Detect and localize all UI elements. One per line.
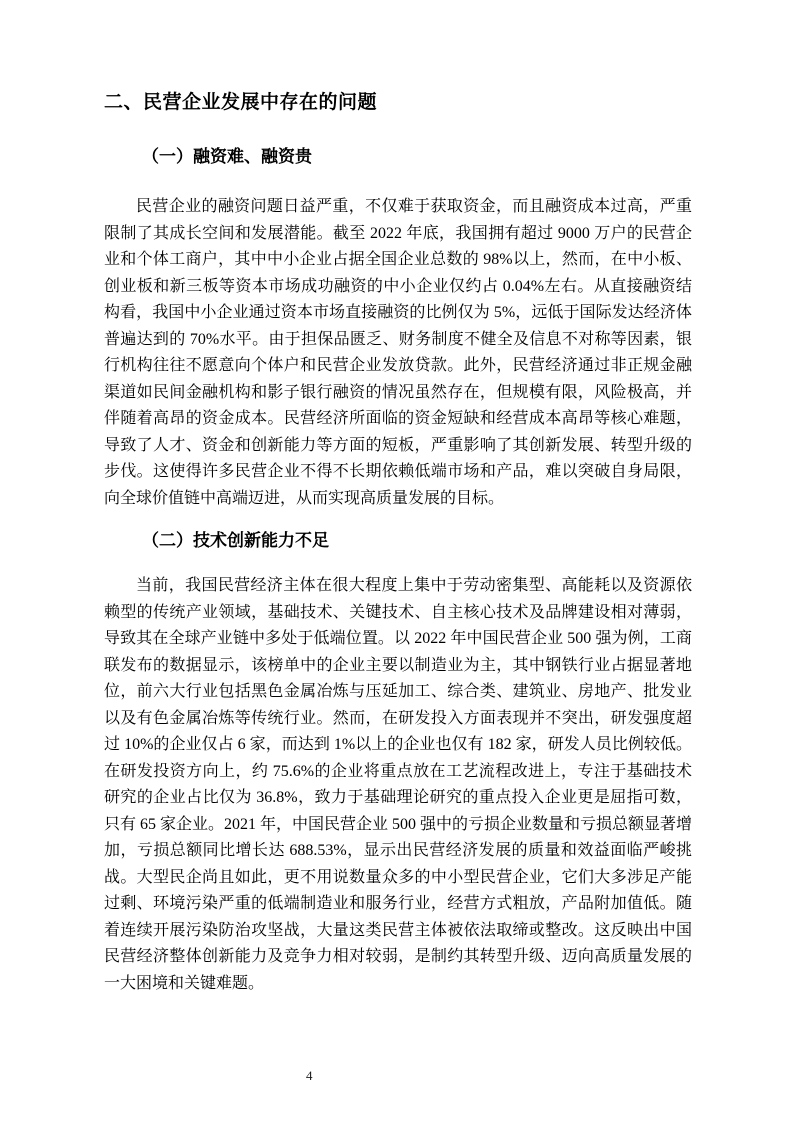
subsection-heading-innovation: （二）技术创新能力不足 bbox=[142, 529, 692, 553]
document-page: 二、民营企业发展中存在的问题 （一）融资难、融资贵 民营企业的融资问题日益严重，… bbox=[0, 0, 793, 1122]
document-content: 二、民营企业发展中存在的问题 （一）融资难、融资贵 民营企业的融资问题日益严重，… bbox=[104, 0, 692, 997]
subsection-heading-financing: （一）融资难、融资贵 bbox=[142, 145, 692, 169]
page-number: 4 bbox=[306, 1068, 313, 1084]
paragraph-financing: 民营企业的融资问题日益严重，不仅难于获取资金，而且融资成本过高，严重限制了其成长… bbox=[104, 194, 692, 512]
paragraph-innovation: 当前，我国民营经济主体在很大程度上集中于劳动密集型、高能耗以及资源依赖型的传统产… bbox=[104, 573, 692, 997]
section-heading: 二、民营企业发展中存在的问题 bbox=[104, 90, 692, 115]
